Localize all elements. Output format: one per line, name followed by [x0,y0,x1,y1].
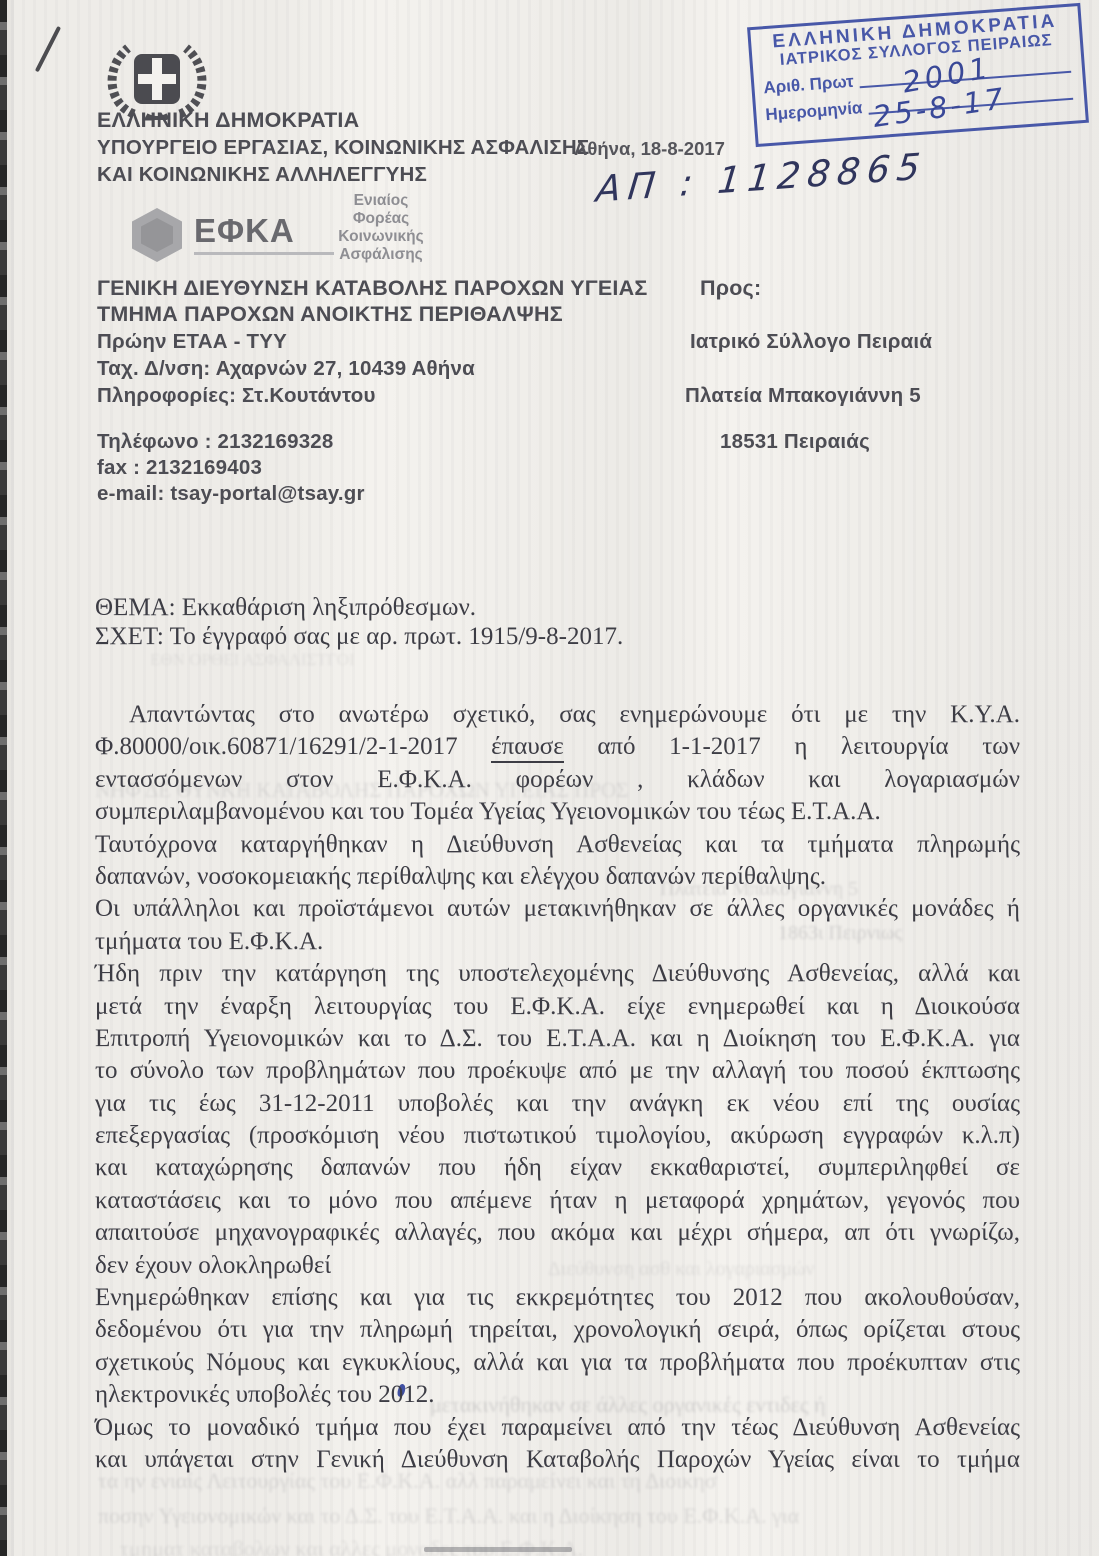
recipient-name: Ιατρικό Σύλλογο Πειραιά [690,330,932,354]
body-line: δαπανών, νοσοκομειακής περίθαλψης και ελ… [95,863,1020,895]
ghost-bleed-line: τμηματ καταβολων και αλλες μοναδες του Ε… [120,1536,583,1556]
body-line: Επιτροπή Υγειονομικών και το Δ.Σ. του Ε.… [95,1025,1020,1057]
efka-tagline-line: Ενιαίος [326,192,436,210]
body-line: Όμως το μοναδικό τμήμα που έχει παραμείν… [95,1414,1020,1446]
body-line: για τις έως 31-12-2011 υποβολές και την … [95,1090,1020,1122]
body-line: Οι υπάλληλοι και προϊστάμενοι αυτών μετα… [95,895,1020,927]
body-line: το σύνολο των προβλημάτων που προέκυψε α… [95,1057,1020,1089]
ghost-bleed-line: ποσην Υγειονομικών και το Δ.Σ. του Ε.Τ.Α… [98,1503,799,1529]
sender-address: Ταχ. Δ/νση: Αχαρνών 27, 10439 Αθήνα [97,357,475,381]
body-line: εντασσόμενων στον Ε.Φ.Κ.Α. φορέων , κλάδ… [95,766,1020,798]
body-line: Φ.80000/οικ.60871/16291/2-1-2017 έπαυσε … [95,733,1020,765]
sender-former-name: Πρώην ΕΤΑΑ - ΤΥΥ [97,330,287,354]
body-line: δεν έχουν ολοκληρωθεί [95,1252,1020,1284]
body-line: δεδομένου ότι για την πληρωμή τηρείται, … [95,1316,1020,1348]
sender-fax: fax : 2132169403 [97,456,262,480]
ministry-line1: ΥΠΟΥΡΓΕΙΟ ΕΡΓΑΣΙΑΣ, ΚΟΙΝΩΝΙΚΗΣ ΑΣΦΑΛΙΣΗΣ [97,136,589,160]
efka-tagline-line: Ασφάλισης [326,246,436,264]
body-line: τμήματα του Ε.Φ.Κ.Α. [95,928,1020,960]
efka-tagline: Ενιαίος Φορέας Κοινωνικής Ασφάλισης [326,192,436,264]
body-lines: Απαντώντας στο ανωτέρω σχετικό, σας ενημ… [95,701,1020,1478]
body-line: καταστάσεις και το μόνο που απέμενε ήταν… [95,1187,1020,1219]
body-line: και υπάγεται στην Γενική Διεύθυνση Καταβ… [95,1446,1020,1478]
reference-line: ΣΧΕΤ: Το έγγραφό σας με αρ. πρωτ. 1915/9… [95,623,623,651]
registry-stamp: ΕΛΛΗΝΙΚΗ ΔΗΜΟΚΡΑΤΙΑ ΙΑΤΡΙΚΟΣ ΣΥΛΛΟΓΟΣ ΠΕ… [747,3,1089,147]
body-line: και καταχώρησης δαπανών που ήδη είχαν εκ… [95,1154,1020,1186]
ministry-line2: ΚΑΙ ΚΟΙΝΩΝΙΚΗΣ ΑΛΛΗΛΕΓΓΥΗΣ [97,163,427,187]
sender-contact-person: Πληροφορίες: Στ.Κουτάντου [97,384,376,408]
scanned-letter-page: ΕΛΛΗΝΙΚΗ ΔΗΜΟΚΡΑΤΙΑ ΥΠΟΥΡΓΕΙΟ ΕΡΓΑΣΙΑΣ, … [0,0,1099,1556]
efka-tagline-line: Φορέας [326,210,436,228]
recipient-street: Πλατεία Μπακογιάννη 5 [685,384,921,408]
sender-phone: Τηλέφωνο : 2132169328 [97,430,334,454]
recipient-city: 18531 Πειραιάς [720,430,870,454]
place-date: Αθήνα, 18-8-2017 [574,138,725,160]
stamp-date-label: Ημερομηνία [765,98,863,125]
body-line: Ταυτόχρονα καταργήθηκαν η Διεύθυνση Ασθε… [95,831,1020,863]
ghost-bleed-line: ΕΘΝ ΟΡΘΕΙ ΑΣΦΑΛΙΣΤΓΟΙ [150,650,355,670]
efka-tagline-line: Κοινωνικής [326,228,436,246]
body-line: σχετικούς Νόμους και εγκυκλίους, αλλά κα… [95,1349,1020,1381]
efka-logo-underline [194,252,334,255]
pen-slash-mark [35,26,61,72]
efka-hexagon-icon [132,208,182,262]
body-line: απαιτούσε μηχανογραφικές αλλαγές, που ακ… [95,1219,1020,1251]
subject-line: ΘΕΜΑ: Εκκαθάριση ληξιπρόθεσμων. [95,594,476,622]
body-line: Απαντώντας στο ανωτέρω σχετικό, σας ενημ… [95,701,1020,733]
bottom-smudge [424,1547,572,1552]
sender-dept-line2: ΤΜΗΜΑ ΠΑΡΟΧΩΝ ΑΝΟΙΚΤΗΣ ΠΕΡΙΘΑΛΨΗΣ [97,302,563,327]
body-line: ηλεκτρονικές υποβολές του 2012. [95,1381,1020,1413]
body-line: επεξεργασίας (προσκόμιση νέου πιστωτικού… [95,1122,1020,1154]
body-line: μετά την έναρξη λειτουργίας του Ε.Φ.Κ.Α.… [95,993,1020,1025]
body-line: συμπεριλαμβανομένου και του Τομέα Υγείας… [95,798,1020,830]
sender-dept-line1: ΓΕΝΙΚΗ ΔΙΕΥΘΥΝΣΗ ΚΑΤΑΒΟΛΗΣ ΠΑΡΟΧΩΝ ΥΓΕΙΑ… [97,276,647,301]
body-line: Ενημερώθηκαν επίσης και για τις εκκρεμότ… [95,1284,1020,1316]
efka-logo-text: ΕΦΚΑ [194,212,295,250]
scan-edge-strip [0,0,7,1556]
sender-email: e-mail: tsay-portal@tsay.gr [97,482,365,506]
body-line: Ήδη πριν την κατάργηση της υποστελεχομέν… [95,960,1020,992]
recipient-label: Προς: [700,276,761,301]
efka-logo: ΕΦΚΑ [124,206,334,264]
republic-title: ΕΛΛΗΝΙΚΗ ΔΗΜΟΚΡΑΤΙΑ [97,108,359,133]
